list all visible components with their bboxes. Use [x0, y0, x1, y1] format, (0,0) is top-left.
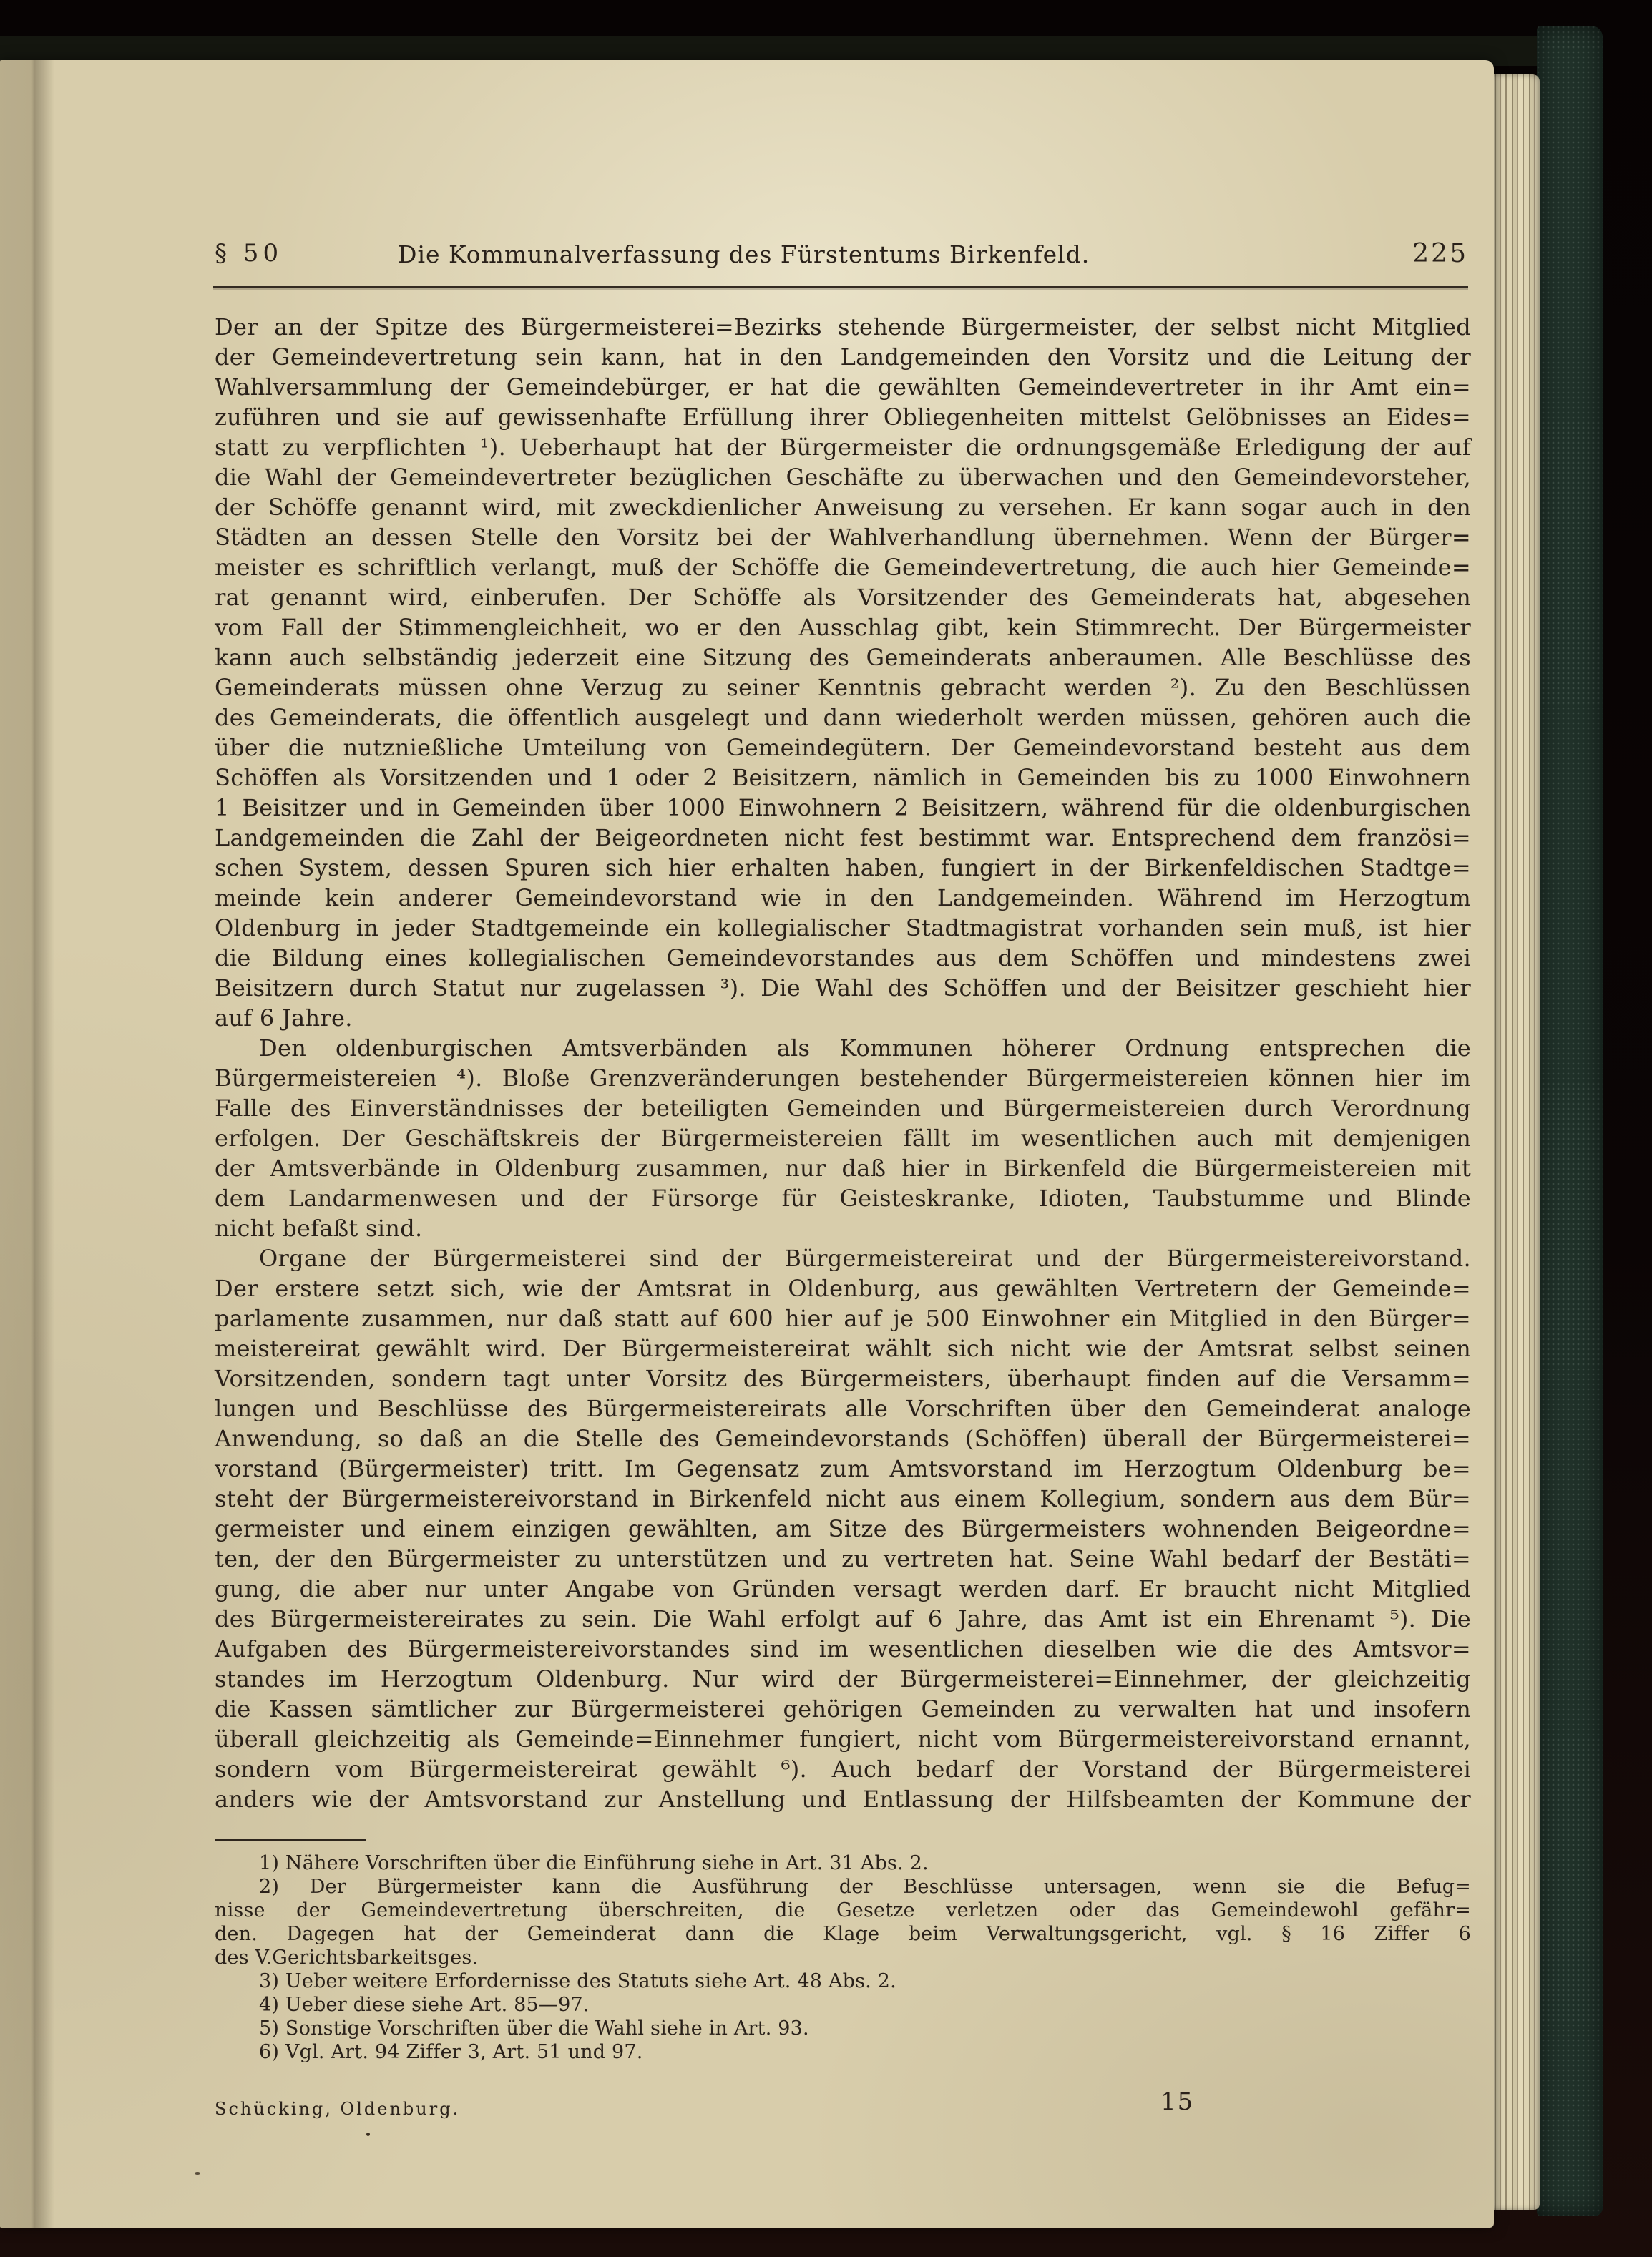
text-line: über die nutznießliche Umteilung von Gem… [215, 733, 1471, 763]
text-line: der Amtsverbände in Oldenburg zusammen, … [215, 1153, 1471, 1183]
text-line: Der an der Spitze des Bürgermeisterei=Be… [215, 312, 1471, 342]
text-line: Gemeinderats müssen ohne Verzug zu seine… [215, 672, 1471, 702]
body-paragraphs: Der an der Spitze des Bürgermeisterei=Be… [215, 312, 1471, 1814]
text-line: standes im Herzogtum Oldenburg. Nur wird… [215, 1664, 1471, 1694]
text-line: nisse der Gemeindevertretung überschreit… [215, 1899, 1471, 1922]
text-line: Anwendung, so daß an die Stelle des Geme… [215, 1424, 1471, 1454]
text-line: meistereirat gewählt wird. Der Bürgermei… [215, 1333, 1471, 1363]
sheet-number: 15 [1160, 2087, 1194, 2116]
text-line: Landgemeinden die Zahl der Beigeordneten… [215, 823, 1471, 853]
text-line: 2) Der Bürgermeister kann die Ausführung… [215, 1875, 1471, 1899]
text-line: Wahlversammlung der Gemeindebürger, er h… [215, 372, 1471, 402]
printer-signature: Schücking, Oldenburg. [215, 2099, 460, 2119]
text-line: 5) Sonstige Vorschriften über die Wahl s… [215, 2017, 1471, 2040]
text-line: die Kassen sämtlicher zur Bürgermeistere… [215, 1694, 1471, 1724]
text-line: der Gemeindevertretung sein kann, hat in… [215, 342, 1471, 372]
page-title: Die Kommunalverfassung des Fürstentums B… [398, 240, 1090, 268]
text-line: zuführen und sie auf gewissenhafte Erfül… [215, 402, 1471, 432]
text-line: den. Dagegen hat der Gemeinderat dann di… [215, 1922, 1471, 1946]
text-line: Den oldenburgischen Amtsverbänden als Ko… [215, 1033, 1471, 1063]
header-rule [213, 286, 1468, 288]
gutter-fold-shadow [0, 60, 57, 2228]
text-line: Aufgaben des Bürgermeistereivorstandes s… [215, 1634, 1471, 1664]
text-line: kann auch selbständig jederzeit eine Sit… [215, 642, 1471, 672]
text-line: der Schöffe genannt wird, mit zweckdienl… [215, 492, 1471, 522]
text-line: nicht befaßt sind. [215, 1213, 1471, 1243]
text-line: parlamente zusammen, nur daß statt auf 6… [215, 1303, 1471, 1333]
text-line: 1 Beisitzer und in Gemeinden über 1000 E… [215, 793, 1471, 823]
text-line: 3) Ueber weitere Erfordernisse des Statu… [215, 1969, 1471, 1993]
book-page: § 50 Die Kommunalverfassung des Fürstent… [0, 60, 1494, 2228]
text-line: Organe der Bürgermeisterei sind der Bürg… [215, 1243, 1471, 1273]
text-line: Oldenburg in jeder Stadtgemeinde ein kol… [215, 913, 1471, 943]
text-line: Bürgermeistereien ⁴). Bloße Grenzverände… [215, 1063, 1471, 1093]
page-number: 225 [1394, 239, 1468, 268]
footnote-separator-rule [215, 1839, 366, 1841]
text-line: Städten an dessen Stelle den Vorsitz bei… [215, 522, 1471, 552]
text-line: 1) Nähere Vorschriften über die Einführu… [215, 1851, 1471, 1875]
text-line: statt zu verpflichten ¹). Ueberhaupt hat… [215, 432, 1471, 462]
text-line: Der erstere setzt sich, wie der Amtsrat … [215, 1273, 1471, 1303]
page-edges-stack [1490, 74, 1540, 2210]
text-line: Falle des Einverständnisses der beteilig… [215, 1093, 1471, 1123]
text-line: des Gemeinderats, die öffentlich ausgele… [215, 702, 1471, 733]
book-cover-right-edge [1537, 26, 1603, 2216]
running-head: § 50 Die Kommunalverfassung des Fürstent… [0, 239, 1494, 282]
text-line: Vorsitzenden, sondern tagt unter Vorsitz… [215, 1363, 1471, 1394]
ink-speck [366, 2133, 370, 2136]
text-line: ten, der den Bürgermeister zu unterstütz… [215, 1544, 1471, 1574]
text-line: Beisitzern durch Statut nur zugelassen ³… [215, 973, 1471, 1003]
book-photo-scene: § 50 Die Kommunalverfassung des Fürstent… [0, 0, 1652, 2257]
text-line: vom Fall der Stimmengleichheit, wo er de… [215, 612, 1471, 642]
section-mark: § 50 [215, 239, 283, 268]
paragraph: Den oldenburgischen Amtsverbänden als Ko… [215, 1033, 1471, 1243]
text-line: erfolgen. Der Geschäftskreis der Bürgerm… [215, 1123, 1471, 1153]
text-line: 4) Ueber diese siehe Art. 85—97. [215, 1993, 1471, 2017]
text-line: schen System, dessen Spuren sich hier er… [215, 853, 1471, 883]
text-line: gung, die aber nur unter Angabe von Grün… [215, 1574, 1471, 1604]
paragraph: Der an der Spitze des Bürgermeisterei=Be… [215, 312, 1471, 1033]
text-line: überall gleichzeitig als Gemeinde=Einneh… [215, 1724, 1471, 1754]
ink-speck [195, 2172, 200, 2175]
text-line: auf 6 Jahre. [215, 1003, 1471, 1033]
text-line: lungen und Beschlüsse des Bürgermeistere… [215, 1394, 1471, 1424]
text-line: meister es schriftlich verlangt, muß der… [215, 552, 1471, 582]
text-line: vorstand (Bürgermeister) tritt. Im Gegen… [215, 1454, 1471, 1484]
text-line: rat genannt wird, einberufen. Der Schöff… [215, 582, 1471, 612]
text-line: germeister und einem einzigen gewählten,… [215, 1514, 1471, 1544]
text-line: die Bildung eines kollegialischen Gemein… [215, 943, 1471, 973]
text-line: anders wie der Amtsvorstand zur Anstellu… [215, 1784, 1471, 1814]
text-line: des V.Gerichtsbarkeitsges. [215, 1946, 1471, 1969]
text-line: sondern vom Bürgermeistereirat gewählt ⁶… [215, 1754, 1471, 1784]
paragraph: Organe der Bürgermeisterei sind der Bürg… [215, 1243, 1471, 1814]
text-line: des Bürgermeistereirates zu sein. Die Wa… [215, 1604, 1471, 1634]
text-line: Schöffen als Vorsitzenden und 1 oder 2 B… [215, 763, 1471, 793]
text-line: dem Landarmenwesen und der Fürsorge für … [215, 1183, 1471, 1213]
footnotes-block: 1) Nähere Vorschriften über die Einführu… [215, 1851, 1471, 2064]
text-line: meinde kein anderer Gemeindevorstand wie… [215, 883, 1471, 913]
text-line: steht der Bürgermeistereivorstand in Bir… [215, 1484, 1471, 1514]
text-line: 6) Vgl. Art. 94 Ziffer 3, Art. 51 und 97… [215, 2040, 1471, 2064]
text-line: die Wahl der Gemeindevertreter bezüglich… [215, 462, 1471, 492]
